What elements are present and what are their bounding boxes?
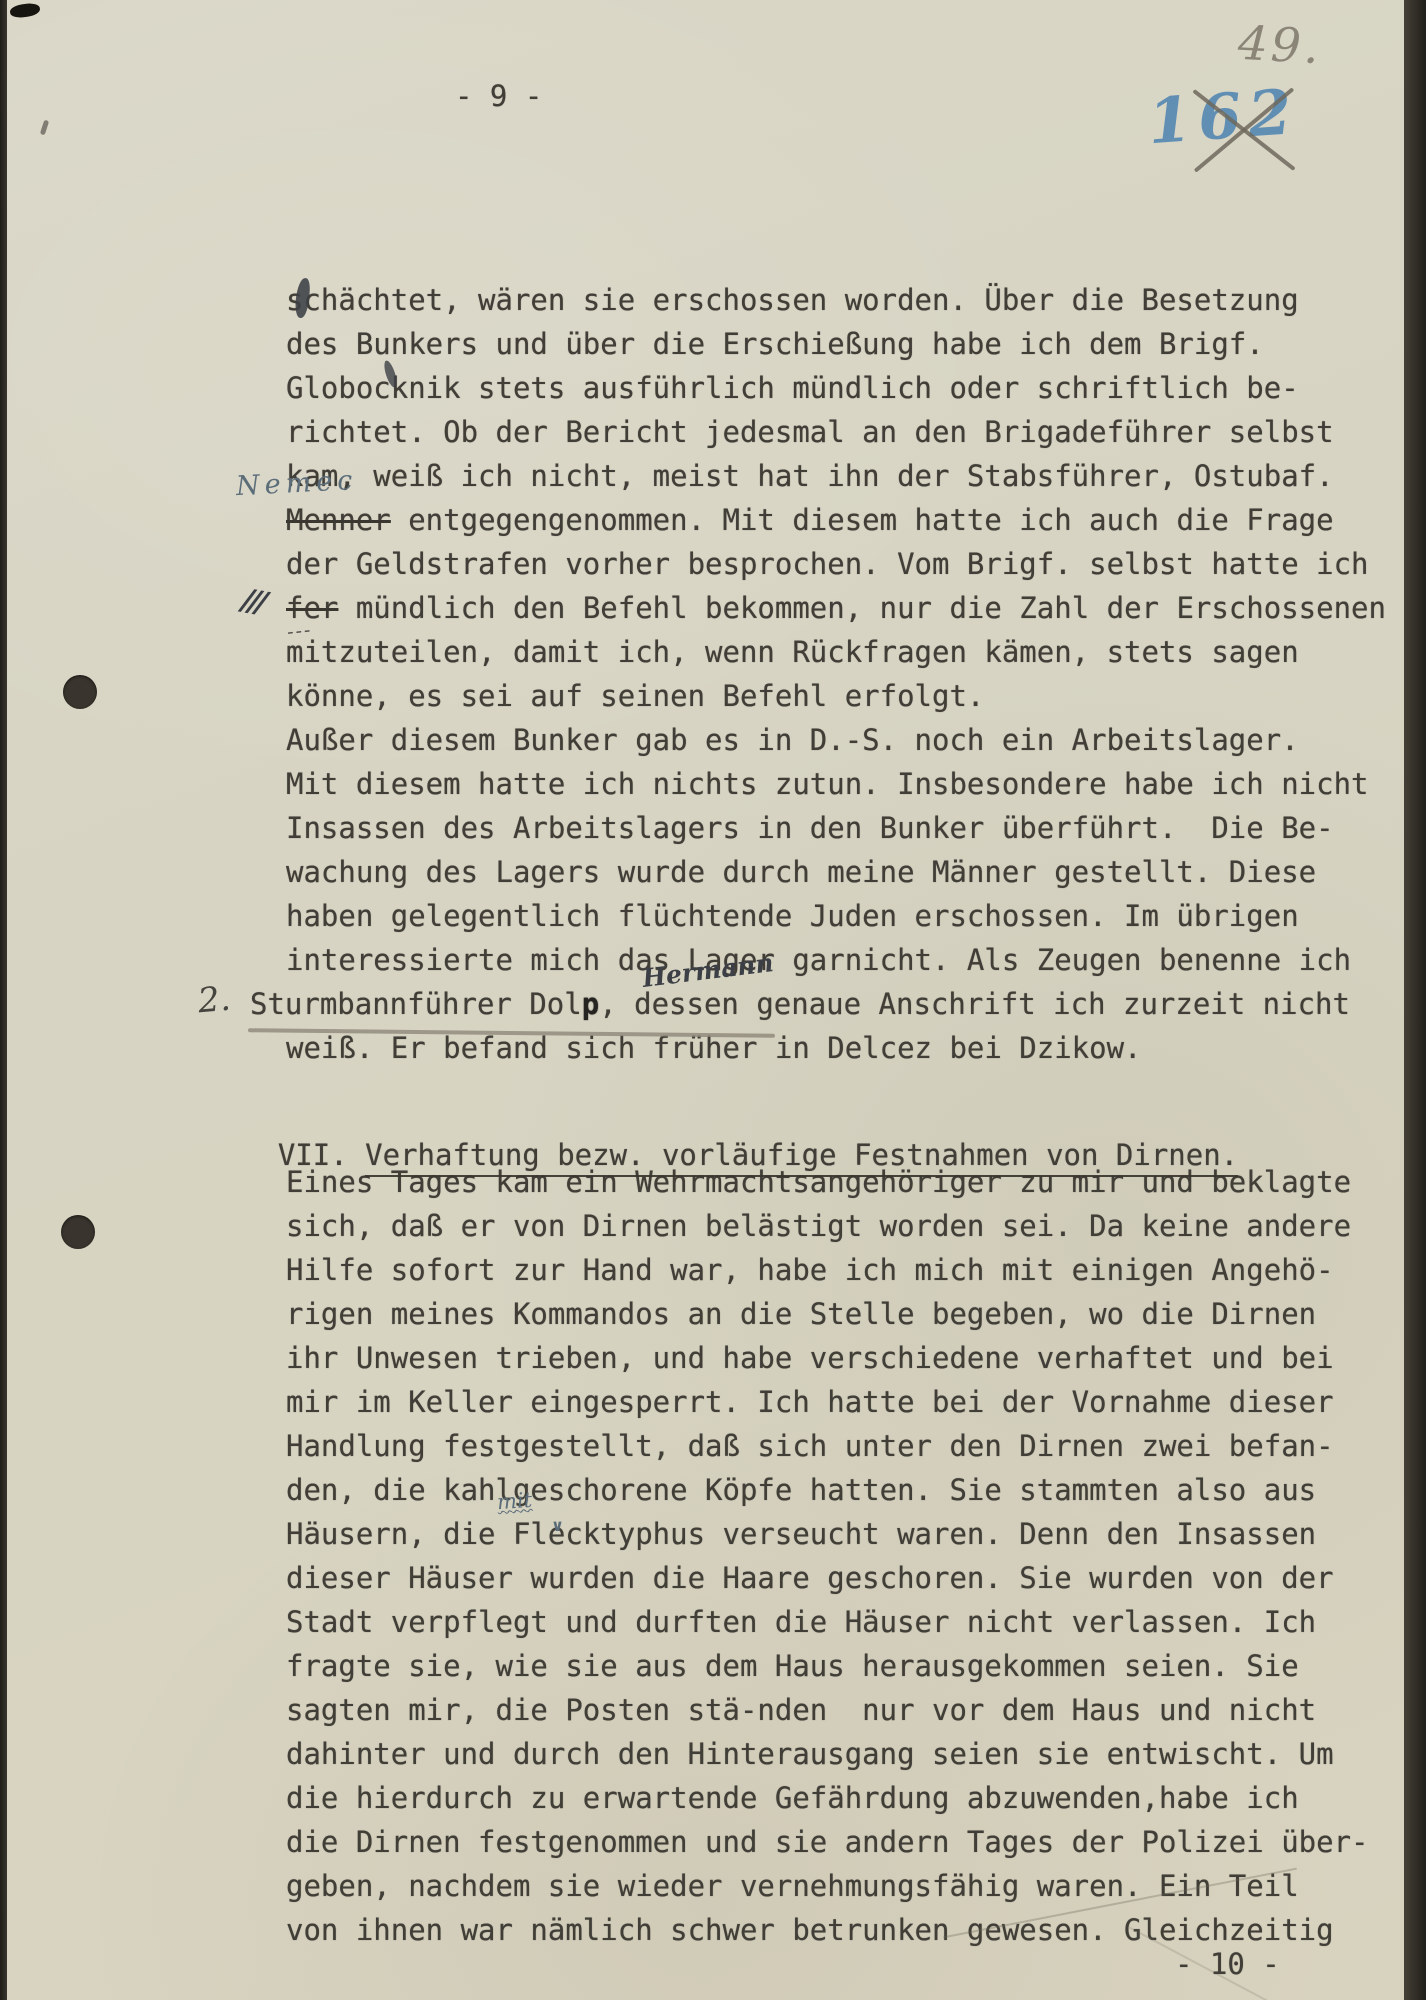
typed-line: die Dirnen festgenommen und sie andern T… — [286, 1826, 1369, 1859]
typed-line: der Geldstrafen vorher besprochen. Vom B… — [286, 548, 1369, 581]
pencil-page-annotation: 49. — [1237, 16, 1324, 75]
scan-edge-left — [0, 0, 7, 2000]
handwritten-name-correction: Nemec — [235, 465, 358, 502]
typed-line: von ihnen war nämlich schwer betrunken g… — [286, 1914, 1334, 1947]
typed-line: kam, weiß ich nicht, meist hat ihn der S… — [286, 460, 1334, 493]
typed-line: Häusern, die Flecktyphus verseucht waren… — [286, 1518, 1316, 1551]
typed-line: richtet. Ob der Bericht jedesmal an den … — [286, 416, 1334, 449]
typed-line: interessierte mich das Lager garnicht. A… — [286, 944, 1351, 977]
typed-line: Außer diesem Bunker gab es in D.-S. noch… — [286, 724, 1299, 757]
typed-line: Globocknik stets ausführlich mündlich od… — [286, 372, 1299, 405]
section-title: Verhaftung bezw. vorläufige Festnahmen v… — [365, 1138, 1238, 1177]
typed-line: des Bunkers und über die Erschießung hab… — [286, 328, 1264, 361]
typed-line: könne, es sei auf seinen Befehl erfolgt. — [286, 680, 984, 713]
typed-line: Mit diesem hatte ich nichts zutun. Insbe… — [286, 768, 1369, 801]
typed-line: Menner entgegengenommen. Mit diesem hatt… — [286, 504, 1334, 537]
page-number: - 9 - — [455, 80, 542, 113]
typed-line: Stadt verpflegt und durften die Häuser n… — [286, 1606, 1316, 1639]
typed-line: sich, daß er von Dirnen belästigt worden… — [286, 1210, 1351, 1243]
scanned-document-page: - 9 - 49. 162 schächtet, wären sie ersch… — [0, 0, 1426, 2000]
corner-smudge — [9, 2, 41, 19]
typed-line: weiß. Er befand sich früher in Delcez be… — [286, 1032, 1142, 1065]
typed-line: den, die kahlgeschorene Köpfe hatten. Si… — [286, 1474, 1316, 1507]
handwritten-crossout-slashes: /// — [239, 582, 266, 620]
typed-line: wachung des Lagers wurde durch meine Män… — [286, 856, 1316, 889]
typed-line: dieser Häuser wurden die Haare geschoren… — [286, 1562, 1334, 1595]
typed-line: mir im Keller eingesperrt. Ich hatte bei… — [286, 1386, 1334, 1419]
typed-line: Handlung festgestellt, daß sich unter de… — [286, 1430, 1334, 1463]
insertion-caret: ∨ — [551, 1516, 564, 1535]
section-numeral: VII. — [278, 1138, 348, 1172]
typed-line: dahinter und durch den Hinterausgang sei… — [286, 1738, 1334, 1771]
typed-line: haben gelegentlich flüchtende Juden ersc… — [286, 900, 1299, 933]
punch-hole-bottom — [61, 1215, 95, 1249]
typed-line: Hilfe sofort zur Hand war, habe ich mich… — [286, 1254, 1334, 1287]
handwritten-insert-word: mit — [496, 1488, 533, 1514]
typed-line: schächtet, wären sie erschossen worden. … — [286, 284, 1299, 317]
next-page-number: - 10 - — [1175, 1948, 1280, 1981]
punch-hole-top — [63, 675, 97, 709]
typed-line: sagten mir, die Posten stä-nden nur vor … — [286, 1694, 1316, 1727]
typed-line: rigen meines Kommandos an die Stelle beg… — [286, 1298, 1316, 1331]
typed-line: fragte sie, wie sie aus dem Haus herausg… — [286, 1650, 1299, 1683]
typed-line: ihr Unwesen trieben, und habe verschiede… — [286, 1342, 1334, 1375]
typed-line: die hierdurch zu erwartende Gefährdung a… — [286, 1782, 1299, 1815]
typed-line: fer mündlich den Befehl bekommen, nur di… — [286, 592, 1386, 625]
scan-edge-right — [1404, 0, 1426, 2000]
stray-pen-mark — [40, 120, 49, 136]
typo-dash-marks: --- — [286, 619, 313, 644]
section-heading: VII. Verhaftung bezw. vorläufige Festnah… — [208, 1106, 1238, 1206]
typed-line: mitzuteilen, damit ich, wenn Rückfragen … — [286, 636, 1299, 669]
typed-line: Sturmbannführer Dolp, dessen genaue Ansc… — [250, 988, 1350, 1021]
typed-line: Insassen des Arbeitslagers in den Bunker… — [286, 812, 1334, 845]
margin-witness-number: 2. — [196, 979, 232, 1022]
